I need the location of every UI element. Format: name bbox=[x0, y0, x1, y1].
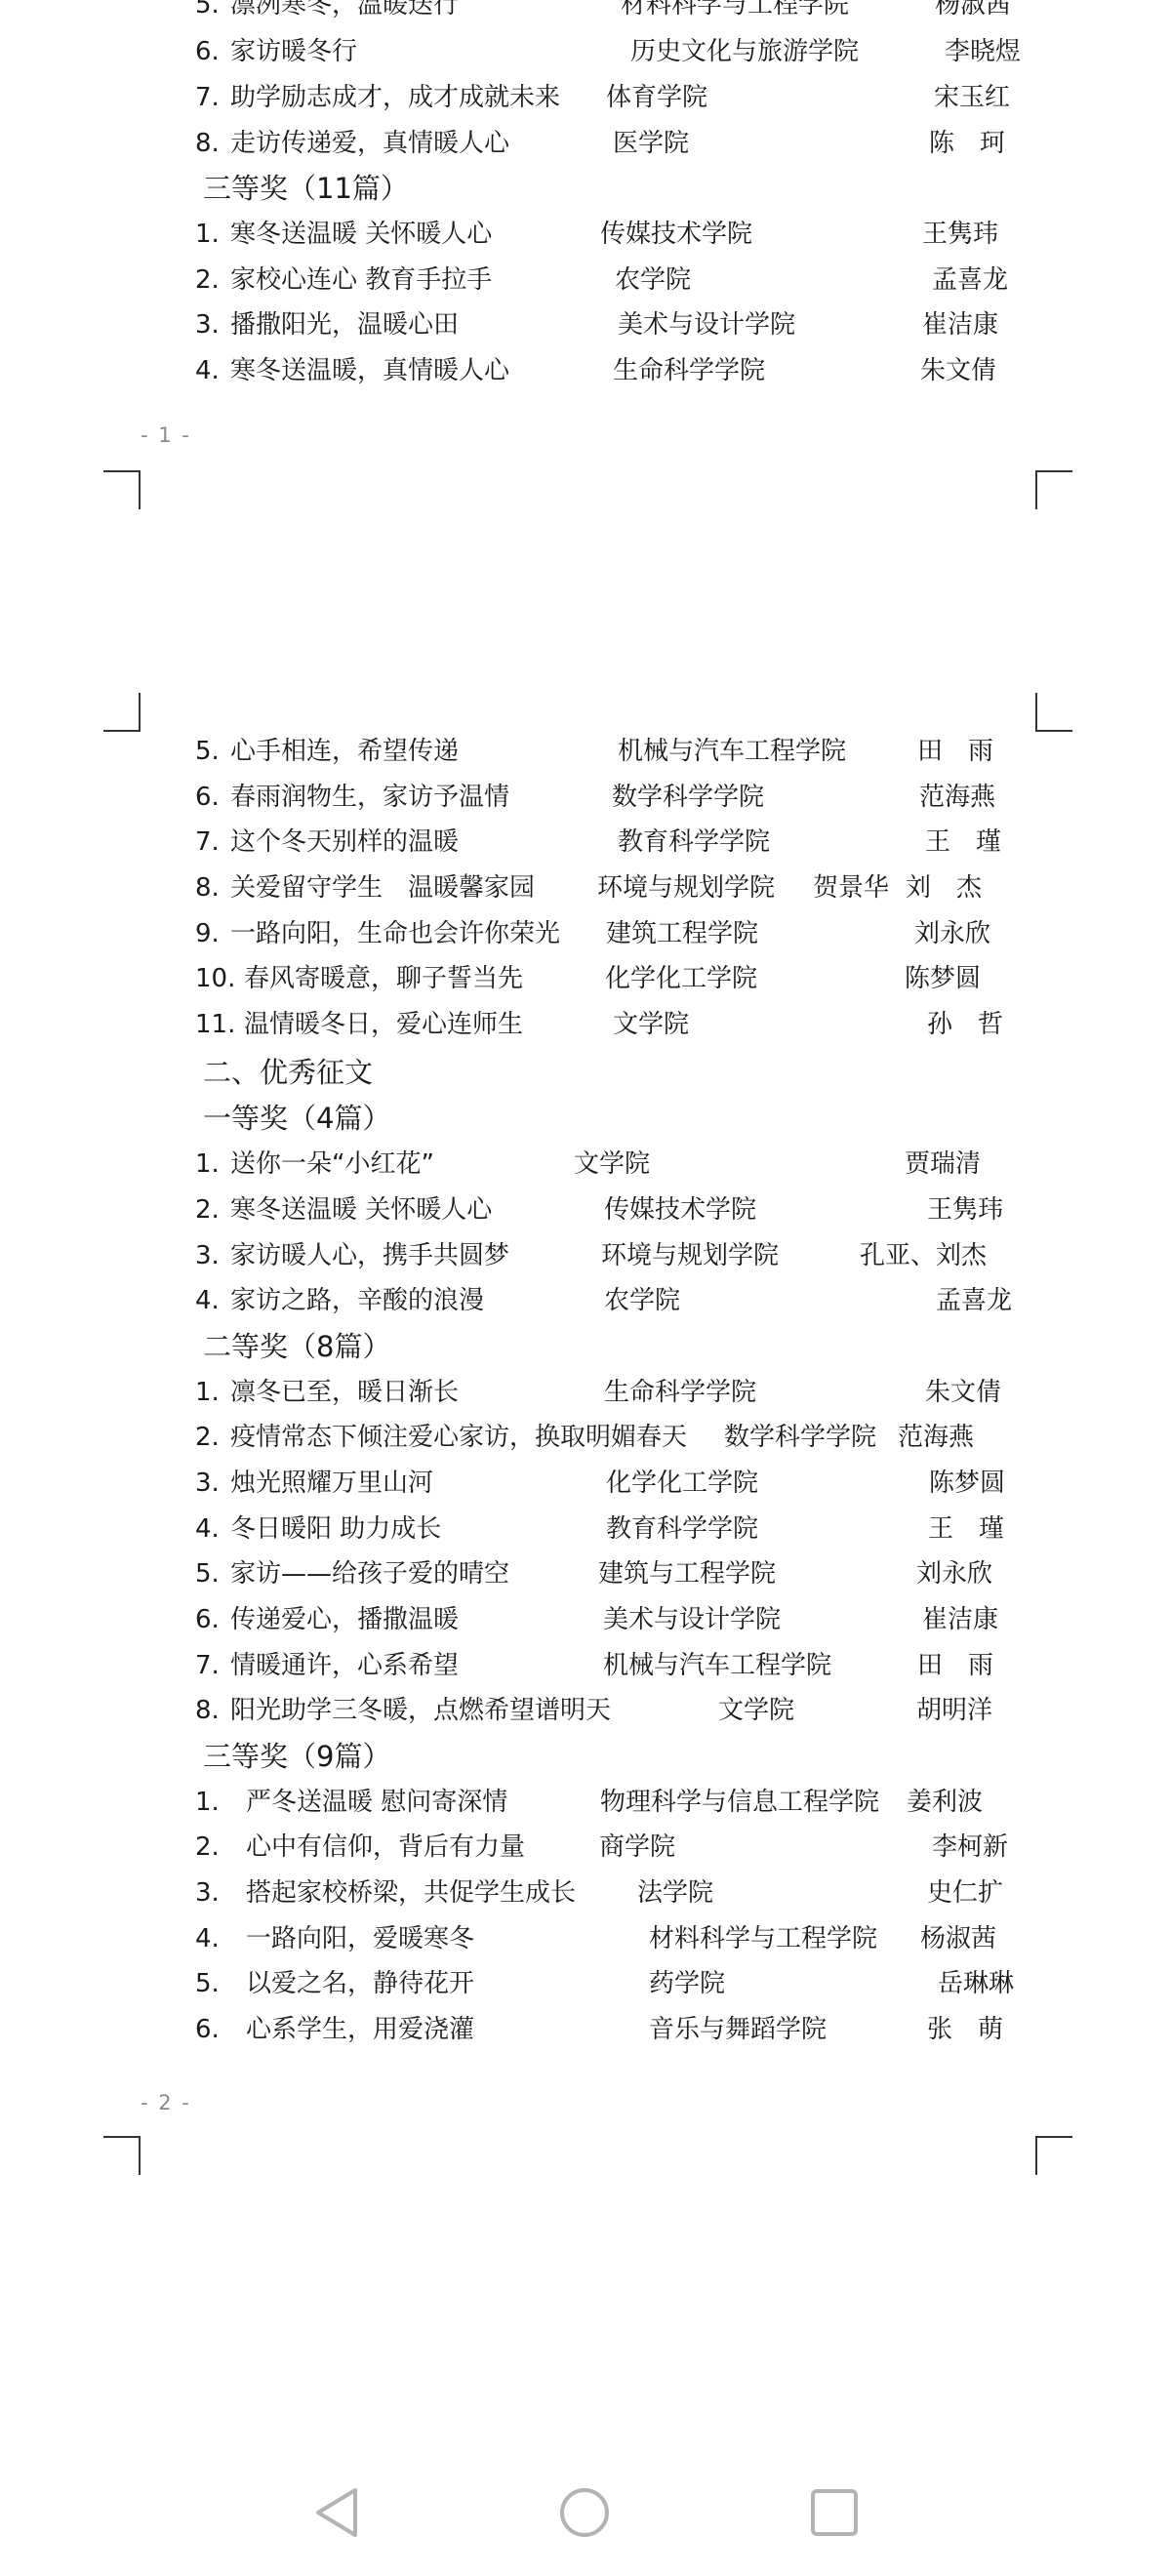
page-number: - 1 - bbox=[141, 423, 191, 447]
list-item: 2. 心中有信仰，背后有力量 商学院 李柯新 bbox=[0, 1825, 1171, 1870]
item-name: 朱文倩 bbox=[920, 348, 996, 393]
item-name: 李晓煜 bbox=[945, 29, 1021, 74]
item-name: 刘永欣 bbox=[916, 1551, 992, 1596]
item-name: 岳琳琳 bbox=[938, 1961, 1014, 2006]
item-name: 孔亚、刘杰 bbox=[860, 1233, 987, 1278]
item-college: 化学化工学院 bbox=[606, 1461, 758, 1506]
list-item: 8. 走访传递爱，真情暖人心 医学院 陈 珂 bbox=[0, 121, 1171, 166]
item-title: 以爱之名，静待花开 bbox=[246, 1961, 474, 2006]
item-number: 7. bbox=[195, 820, 220, 865]
item-name: 杨淑茜 bbox=[935, 0, 1011, 27]
item-title: 温情暖冬日，爱心连师生 bbox=[244, 1002, 523, 1047]
list-item: 6. 传递爱心，播撒温暖 美术与设计学院 崔洁康 bbox=[0, 1597, 1171, 1642]
item-number: 4. bbox=[195, 1278, 220, 1323]
item-college: 建筑与工程学院 bbox=[598, 1551, 776, 1596]
item-title: 一路向阳，生命也会许你荣光 bbox=[230, 911, 560, 956]
item-college: 农学院 bbox=[604, 1278, 680, 1323]
item-number: 6. bbox=[195, 2007, 220, 2052]
item-college: 农学院 bbox=[615, 258, 691, 302]
item-name: 史仁扩 bbox=[927, 1871, 1003, 1915]
list-item: 6. 春雨润物生，家访予温情 数学科学学院 范海燕 bbox=[0, 775, 1171, 820]
item-college: 机械与汽车工程学院 bbox=[603, 1643, 831, 1688]
item-name: 崔洁康 bbox=[922, 302, 998, 347]
list-item: 6. 家访暖冬行 历史文化与旅游学院 李晓煜 bbox=[0, 29, 1171, 74]
item-number: 2. bbox=[195, 1825, 220, 1870]
item-college: 美术与设计学院 bbox=[618, 302, 795, 347]
item-number: 8. bbox=[195, 121, 220, 166]
item-number: 1. bbox=[195, 1142, 220, 1187]
list-item: 1. 严冬送温暖 慰问寄深情 物理科学与信息工程学院 姜利波 bbox=[0, 1780, 1171, 1825]
item-number: 7. bbox=[195, 1643, 220, 1688]
item-college: 传媒技术学院 bbox=[600, 212, 752, 257]
item-college: 音乐与舞蹈学院 bbox=[649, 2007, 827, 2052]
item-number: 3. bbox=[195, 1461, 220, 1506]
award-heading: 二等奖（8篇） bbox=[203, 1324, 390, 1369]
item-number: 9. bbox=[195, 911, 220, 956]
list-item: 8. 阳光助学三冬暖，点燃希望谱明天 文学院 胡明洋 bbox=[0, 1688, 1171, 1733]
item-title: 送你一朵“小红花” bbox=[230, 1142, 434, 1187]
item-college: 药学院 bbox=[649, 1961, 725, 2006]
item-title: 寒冬送温暖 关怀暖人心 bbox=[230, 1187, 492, 1232]
item-name: 王隽玮 bbox=[927, 1187, 1003, 1232]
item-number: 11. bbox=[195, 1002, 235, 1047]
item-number: 2. bbox=[195, 258, 220, 302]
item-title: 疫情常态下倾注爱心家访，换取明媚春天 bbox=[230, 1415, 687, 1460]
item-college: 文学院 bbox=[613, 1002, 689, 1047]
item-title: 凛冬已至，暖日渐长 bbox=[230, 1370, 459, 1415]
section-heading: 二、优秀征文 bbox=[203, 1050, 373, 1095]
back-icon bbox=[310, 2484, 363, 2541]
recents-button[interactable] bbox=[809, 2487, 860, 2538]
page-corner-mark bbox=[103, 2136, 141, 2175]
page-corner-mark bbox=[1035, 693, 1072, 732]
item-name: 崔洁康 bbox=[922, 1597, 998, 1642]
item-number: 2. bbox=[195, 1187, 220, 1232]
item-title: 传递爱心，播撒温暖 bbox=[230, 1597, 459, 1642]
list-item: 5. 以爱之名，静待花开 药学院 岳琳琳 bbox=[0, 1961, 1171, 2006]
award-heading: 一等奖（4篇） bbox=[203, 1096, 390, 1141]
item-college: 传媒技术学院 bbox=[604, 1187, 756, 1232]
item-college: 文学院 bbox=[718, 1688, 794, 1733]
list-item: 3. 搭起家校桥梁，共促学生成长 法学院 史仁扩 bbox=[0, 1871, 1171, 1915]
item-college: 教育科学学院 bbox=[606, 1507, 758, 1551]
item-title: 烛光照耀万里山河 bbox=[230, 1461, 433, 1506]
item-name: 李柯新 bbox=[932, 1825, 1008, 1870]
page-number: - 2 - bbox=[141, 2091, 191, 2114]
item-college: 环境与规划学院 bbox=[601, 1233, 779, 1278]
item-name: 王 瑾 bbox=[925, 820, 1001, 865]
item-college: 体育学院 bbox=[606, 75, 707, 120]
list-item: 4. 一路向阳，爱暖寒冬 材料科学与工程学院 杨淑茜 bbox=[0, 1916, 1171, 1961]
list-item: 3. 家访暖人心，携手共圆梦 环境与规划学院 孔亚、刘杰 bbox=[0, 1233, 1171, 1278]
home-button[interactable] bbox=[558, 2486, 611, 2539]
list-item: 10. 春风寄暖意，聊子誓当先 化学化工学院 陈梦圆 bbox=[0, 956, 1171, 1001]
item-title: 情暖通许，心系希望 bbox=[230, 1643, 459, 1688]
list-item: 2. 寒冬送温暖 关怀暖人心 传媒技术学院 王隽玮 bbox=[0, 1187, 1171, 1232]
item-number: 3. bbox=[195, 1233, 220, 1278]
item-number: 7. bbox=[195, 75, 220, 120]
item-number: 1. bbox=[195, 1370, 220, 1415]
list-item: 7. 情暖通许，心系希望 机械与汽车工程学院 田 雨 bbox=[0, 1643, 1171, 1688]
item-title: 寒冬送温暖，真情暖人心 bbox=[230, 348, 509, 393]
item-name: 刘永欣 bbox=[914, 911, 990, 956]
item-title: 家访之路，辛酸的浪漫 bbox=[230, 1278, 484, 1323]
item-title: 寒冬送温暖 关怀暖人心 bbox=[230, 212, 492, 257]
item-title: 家访暖人心，携手共圆梦 bbox=[230, 1233, 509, 1278]
item-college: 化学化工学院 bbox=[605, 956, 757, 1001]
item-number: 8. bbox=[195, 865, 220, 910]
item-number: 10. bbox=[195, 956, 235, 1001]
award-heading: 三等奖（9篇） bbox=[203, 1734, 390, 1779]
list-item: 1. 寒冬送温暖 关怀暖人心 传媒技术学院 王隽玮 bbox=[0, 212, 1171, 257]
item-number: 8. bbox=[195, 1688, 220, 1733]
item-name-secondary: 贺景华 bbox=[813, 865, 889, 910]
item-number: 3. bbox=[195, 302, 220, 347]
home-icon bbox=[558, 2486, 611, 2539]
page-corner-mark bbox=[103, 693, 141, 732]
item-number: 5. bbox=[195, 729, 220, 774]
page-corner-mark bbox=[1035, 2136, 1072, 2175]
item-name: 贾瑞清 bbox=[905, 1142, 981, 1187]
item-title: 心手相连，希望传递 bbox=[230, 729, 459, 774]
list-item: 1. 送你一朵“小红花” 文学院 贾瑞清 bbox=[0, 1142, 1171, 1187]
item-name: 范海燕 bbox=[898, 1415, 974, 1460]
item-title: 家校心连心 教育手拉手 bbox=[230, 258, 492, 302]
award-heading: 三等奖（11篇） bbox=[203, 166, 409, 211]
list-item: 4. 冬日暖阳 助力成长 教育科学学院 王 瑾 bbox=[0, 1507, 1171, 1551]
item-title: 搭起家校桥梁，共促学生成长 bbox=[246, 1871, 576, 1915]
list-item: 2. 疫情常态下倾注爱心家访，换取明媚春天 数学科学学院 范海燕 bbox=[0, 1415, 1171, 1460]
item-college: 数学科学学院 bbox=[612, 775, 764, 820]
item-name: 陈梦圆 bbox=[929, 1461, 1005, 1506]
item-name: 孙 哲 bbox=[927, 1002, 1003, 1047]
item-name: 杨淑茜 bbox=[920, 1916, 996, 1961]
item-number: 4. bbox=[195, 348, 220, 393]
item-college: 美术与设计学院 bbox=[603, 1597, 781, 1642]
item-title: 冬日暖阳 助力成长 bbox=[230, 1507, 441, 1551]
page-corner-mark bbox=[103, 470, 141, 509]
list-item: 7. 这个冬天别样的温暖 教育科学学院 王 瑾 bbox=[0, 820, 1171, 865]
item-name: 王隽玮 bbox=[922, 212, 998, 257]
item-name: 陈梦圆 bbox=[905, 956, 981, 1001]
item-title: 阳光助学三冬暖，点燃希望谱明天 bbox=[230, 1688, 611, 1733]
list-item: 6. 心系学生，用爱浇灌 音乐与舞蹈学院 张 萌 bbox=[0, 2007, 1171, 2052]
item-college: 材料科学与工程学院 bbox=[649, 1916, 877, 1961]
item-number: 5. bbox=[195, 0, 220, 27]
item-name: 孟喜龙 bbox=[936, 1278, 1012, 1323]
item-name: 孟喜龙 bbox=[932, 258, 1008, 302]
list-item: 3. 播撒阳光，温暖心田 美术与设计学院 崔洁康 bbox=[0, 302, 1171, 347]
item-name: 胡明洋 bbox=[916, 1688, 992, 1733]
system-navigation-bar bbox=[0, 2439, 1171, 2576]
item-name: 刘 杰 bbox=[906, 865, 982, 910]
item-title: 春风寄暖意，聊子誓当先 bbox=[244, 956, 523, 1001]
item-number: 6. bbox=[195, 1597, 220, 1642]
item-college: 建筑工程学院 bbox=[606, 911, 758, 956]
list-item: 5. 心手相连，希望传递 机械与汽车工程学院 田 雨 bbox=[0, 729, 1171, 774]
item-title: 走访传递爱，真情暖人心 bbox=[230, 121, 509, 166]
page-corner-mark bbox=[1035, 470, 1072, 509]
list-item: 4. 家访之路，辛酸的浪漫 农学院 孟喜龙 bbox=[0, 1278, 1171, 1323]
item-college: 材料科学与工程学院 bbox=[621, 0, 849, 27]
item-number: 1. bbox=[195, 212, 220, 257]
item-number: 5. bbox=[195, 1961, 220, 2006]
item-college: 机械与汽车工程学院 bbox=[618, 729, 846, 774]
item-title: 播撒阳光，温暖心田 bbox=[230, 302, 459, 347]
item-title: 家访暖冬行 bbox=[230, 29, 357, 74]
recents-icon bbox=[809, 2487, 860, 2538]
list-item: 9. 一路向阳，生命也会许你荣光 建筑工程学院 刘永欣 bbox=[0, 911, 1171, 956]
item-title: 心中有信仰，背后有力量 bbox=[246, 1825, 525, 1870]
item-college: 环境与规划学院 bbox=[597, 865, 775, 910]
item-college: 医学院 bbox=[613, 121, 689, 166]
item-number: 2. bbox=[195, 1415, 220, 1460]
item-college: 生命科学学院 bbox=[613, 348, 765, 393]
list-item: 2. 家校心连心 教育手拉手 农学院 孟喜龙 bbox=[0, 258, 1171, 302]
item-college: 商学院 bbox=[599, 1825, 675, 1870]
item-number: 6. bbox=[195, 775, 220, 820]
list-item: 7. 助学励志成才，成才成就未来 体育学院 宋玉红 bbox=[0, 75, 1171, 120]
item-college: 文学院 bbox=[574, 1142, 650, 1187]
item-name: 张 萌 bbox=[927, 2007, 1003, 2052]
list-item: 5. 凛冽寒冬，温暖送行 材料科学与工程学院 杨淑茜 bbox=[0, 0, 1171, 27]
item-number: 5. bbox=[195, 1551, 220, 1596]
item-title: 家访——给孩子爱的晴空 bbox=[230, 1551, 509, 1596]
item-college: 数学科学学院 bbox=[724, 1415, 876, 1460]
item-name: 王 瑾 bbox=[928, 1507, 1004, 1551]
item-name: 朱文倩 bbox=[925, 1370, 1001, 1415]
list-item: 4. 寒冬送温暖，真情暖人心 生命科学学院 朱文倩 bbox=[0, 348, 1171, 393]
item-college: 教育科学学院 bbox=[618, 820, 770, 865]
item-title: 这个冬天别样的温暖 bbox=[230, 820, 459, 865]
back-button[interactable] bbox=[310, 2484, 363, 2541]
list-item: 5. 家访——给孩子爱的晴空 建筑与工程学院 刘永欣 bbox=[0, 1551, 1171, 1596]
item-number: 4. bbox=[195, 1507, 220, 1551]
item-title: 心系学生，用爱浇灌 bbox=[246, 2007, 474, 2052]
item-college: 历史文化与旅游学院 bbox=[630, 29, 859, 74]
list-item: 1. 凛冬已至，暖日渐长 生命科学学院 朱文倩 bbox=[0, 1370, 1171, 1415]
item-number: 6. bbox=[195, 29, 220, 74]
item-title: 一路向阳，爱暖寒冬 bbox=[246, 1916, 474, 1961]
item-title: 关爱留守学生 温暖馨家园 bbox=[230, 865, 535, 910]
item-title: 严冬送温暖 慰问寄深情 bbox=[246, 1780, 507, 1825]
item-title: 助学励志成才，成才成就未来 bbox=[230, 75, 560, 120]
item-college: 法学院 bbox=[637, 1871, 713, 1915]
item-name: 宋玉红 bbox=[934, 75, 1010, 120]
item-name: 陈 珂 bbox=[929, 121, 1005, 166]
item-college: 物理科学与信息工程学院 bbox=[600, 1780, 879, 1825]
item-name: 范海燕 bbox=[919, 775, 995, 820]
item-college: 生命科学学院 bbox=[604, 1370, 756, 1415]
item-name: 姜利波 bbox=[907, 1780, 983, 1825]
list-item: 11. 温情暖冬日，爱心连师生 文学院 孙 哲 bbox=[0, 1002, 1171, 1047]
item-name: 田 雨 bbox=[917, 1643, 993, 1688]
item-number: 3. bbox=[195, 1871, 220, 1915]
list-item: 3. 烛光照耀万里山河 化学化工学院 陈梦圆 bbox=[0, 1461, 1171, 1506]
item-title: 春雨润物生，家访予温情 bbox=[230, 775, 509, 820]
item-number: 4. bbox=[195, 1916, 220, 1961]
item-name: 田 雨 bbox=[917, 729, 993, 774]
item-title: 凛冽寒冬，温暖送行 bbox=[230, 0, 459, 27]
item-number: 1. bbox=[195, 1780, 220, 1825]
list-item: 8. 关爱留守学生 温暖馨家园 环境与规划学院 贺景华 刘 杰 bbox=[0, 865, 1171, 910]
